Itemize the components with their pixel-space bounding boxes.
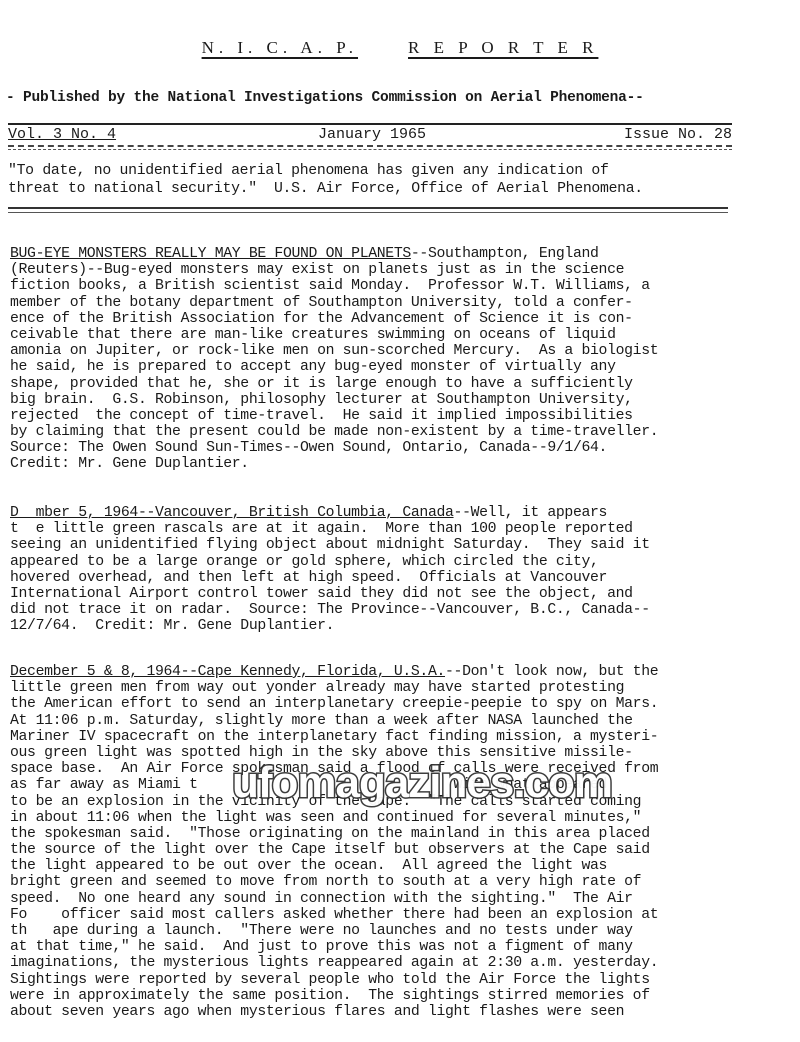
article-text-line: bright green and seemed to move from nor… (10, 874, 750, 890)
article-text-line: the American effort to send an interplan… (10, 696, 750, 712)
epigraph-quote: "To date, no unidentified aerial phenome… (8, 162, 728, 198)
article-text-line: shape, provided that he, she or it is la… (10, 376, 750, 392)
article-text-line: hovered overhead, and then left at high … (10, 570, 750, 586)
article-text-line: Source: The Owen Sound Sun-Times--Owen S… (10, 440, 750, 456)
quote-line: "To date, no unidentified aerial phenome… (8, 163, 609, 179)
watermark: ufomagazines.com (222, 758, 622, 808)
divider-rule (8, 207, 728, 209)
article-text-line: th ape during a launch. "There were no l… (10, 923, 750, 939)
article-text-line: Sightings were reported by several peopl… (10, 972, 750, 988)
article-text-line: little green men from way out yonder alr… (10, 680, 750, 696)
article-text-line: ceivable that there are man-like creatur… (10, 327, 750, 343)
divider-rule (8, 145, 732, 147)
article-text-line: amonia on Jupiter, or rock-like men on s… (10, 343, 750, 359)
article-vancouver-sighting: D mber 5, 1964--Vancouver, British Colum… (10, 505, 750, 635)
article-text-line: imaginations, the mysterious lights reap… (10, 955, 750, 971)
article-first-line: BUG-EYE MONSTERS REALLY MAY BE FOUND ON … (10, 246, 750, 262)
article-text-line: ence of the British Association for the … (10, 311, 750, 327)
divider-rule (8, 149, 732, 150)
article-text-line: t e little green rascals are at it again… (10, 521, 750, 537)
section-divider (8, 207, 728, 216)
article-headline: D mber 5, 1964--Vancouver, British Colum… (10, 505, 454, 521)
article-text-line: did not trace it on radar. Source: The P… (10, 602, 750, 618)
article-text-line: rejected the concept of time-travel. He … (10, 408, 750, 424)
article-text-line: appeared to be a large orange or gold sp… (10, 554, 750, 570)
document-page: N. I. C. A. P.R E P O R T E R - Publishe… (0, 0, 800, 1042)
article-headline: BUG-EYE MONSTERS REALLY MAY BE FOUND ON … (10, 246, 411, 262)
article-text-line: Mariner IV spacecraft on the interplanet… (10, 729, 750, 745)
article-text-line: 12/7/64. Credit: Mr. Gene Duplantier. (10, 618, 750, 634)
publisher-line: - Published by the National Investigatio… (6, 90, 796, 106)
article-first-line: D mber 5, 1964--Vancouver, British Colum… (10, 505, 750, 521)
article-cape-kennedy-sighting: December 5 & 8, 1964--Cape Kennedy, Flor… (10, 664, 750, 1020)
issue-info-bar: Vol. 3 No. 4 January 1965 Issue No. 28 (8, 123, 732, 147)
article-bug-eye-monsters: BUG-EYE MONSTERS REALLY MAY BE FOUND ON … (10, 246, 750, 473)
quote-line: threat to national security." U.S. Air F… (8, 181, 643, 197)
article-text-line: International Airport control tower said… (10, 586, 750, 602)
article-text-line: seeing an unidentified flying object abo… (10, 537, 750, 553)
article-text-line: big brain. G.S. Robinson, philosophy lec… (10, 392, 750, 408)
article-dateline: --Don't look now, but the (445, 664, 658, 680)
article-text-line: member of the botany department of South… (10, 295, 750, 311)
article-dateline: --Well, it appears (454, 505, 608, 521)
issue-number: Issue No. 28 (624, 126, 732, 143)
article-text-line: fiction books, a British scientist said … (10, 278, 750, 294)
volume-number: Vol. 3 No. 4 (8, 126, 116, 143)
article-text-line: Fo officer said most callers asked wheth… (10, 907, 750, 923)
divider-rule (8, 212, 728, 213)
article-text-line: he said, he is prepared to accept any bu… (10, 359, 750, 375)
article-dateline: --Southampton, England (411, 246, 599, 262)
article-text-line: At 11:06 p.m. Saturday, slightly more th… (10, 713, 750, 729)
org-name: N. I. C. A. P. (202, 38, 358, 57)
article-text-line: speed. No one heard any sound in connect… (10, 891, 750, 907)
article-text-line: by claiming that the present could be ma… (10, 424, 750, 440)
article-text-line: about seven years ago when mysterious fl… (10, 1004, 750, 1020)
issue-date: January 1965 (318, 126, 426, 143)
article-text-line: the light appeared to be out over the oc… (10, 858, 750, 874)
article-text-line: at that time," he said. And just to prov… (10, 939, 750, 955)
article-text-line: were in approximately the same position.… (10, 988, 750, 1004)
article-text-line: Credit: Mr. Gene Duplantier. (10, 456, 750, 472)
article-text-line: the spokesman said. "Those originating o… (10, 826, 750, 842)
article-first-line: December 5 & 8, 1964--Cape Kennedy, Flor… (10, 664, 750, 680)
article-text-line: the source of the light over the Cape it… (10, 842, 750, 858)
article-headline: December 5 & 8, 1964--Cape Kennedy, Flor… (10, 664, 445, 680)
newsletter-title: R E P O R T E R (408, 38, 598, 57)
masthead: N. I. C. A. P.R E P O R T E R (0, 38, 800, 58)
article-text-line: (Reuters)--Bug-eyed monsters may exist o… (10, 262, 750, 278)
article-text-line: in about 11:06 when the light was seen a… (10, 810, 750, 826)
